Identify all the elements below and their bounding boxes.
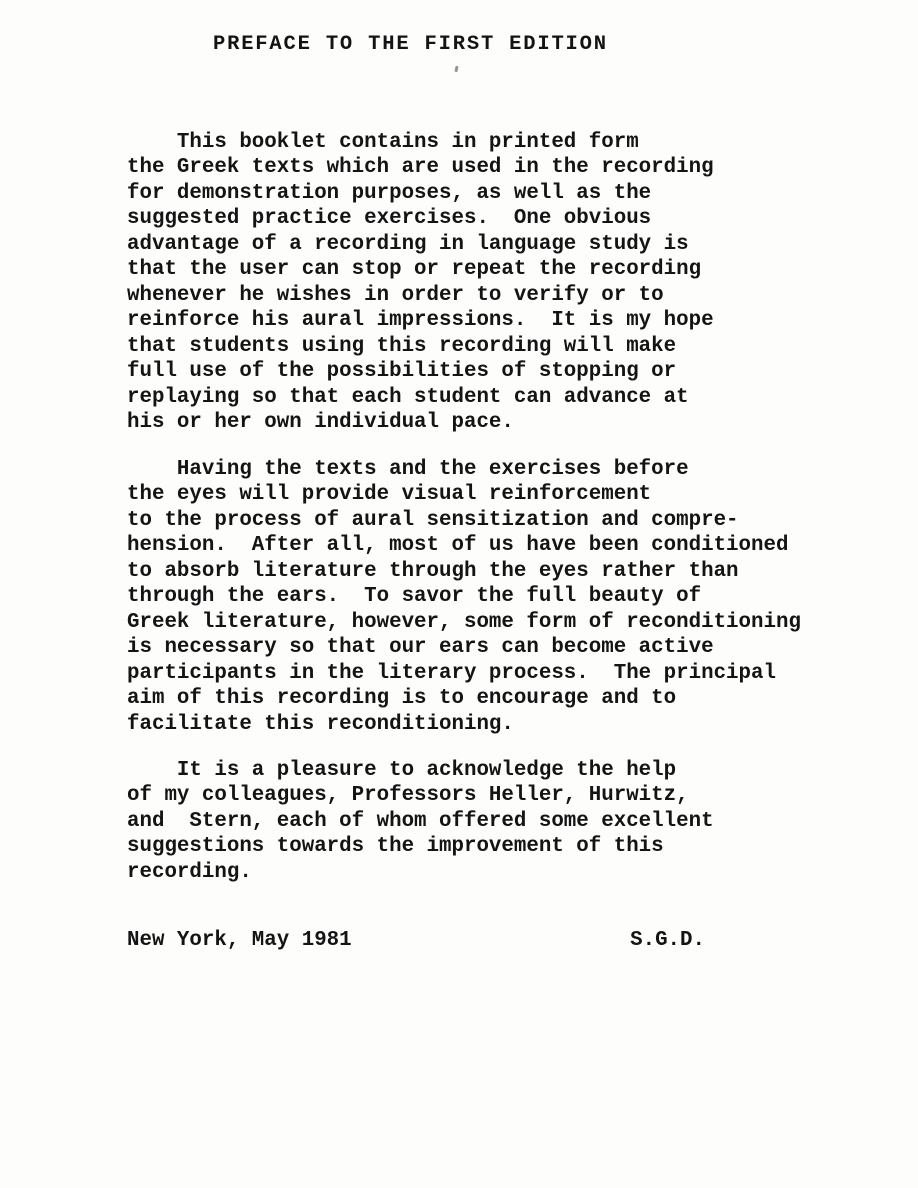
text-line: to the process of aural sensitization an… [127, 508, 801, 533]
text-line: recording. [127, 860, 714, 885]
scan-artifact [454, 66, 458, 72]
text-line: that students using this recording will … [127, 334, 714, 359]
scanned-document-page: PREFACE TO THE FIRST EDITION This bookle… [0, 0, 918, 1188]
page-title: PREFACE TO THE FIRST EDITION [213, 33, 608, 56]
text-line: advantage of a recording in language stu… [127, 232, 714, 257]
text-line: reinforce his aural impressions. It is m… [127, 308, 714, 333]
text-line: is necessary so that our ears can become… [127, 635, 801, 660]
paragraph-2: Having the texts and the exercises befor… [127, 457, 801, 737]
text-line: facilitate this reconditioning. [127, 712, 801, 737]
text-line: This booklet contains in printed form [127, 130, 714, 155]
dateline: New York, May 1981 [127, 928, 352, 953]
text-line: for demonstration purposes, as well as t… [127, 181, 714, 206]
text-line: the eyes will provide visual reinforceme… [127, 482, 801, 507]
text-line: participants in the literary process. Th… [127, 661, 801, 686]
text-line: his or her own individual pace. [127, 410, 714, 435]
text-line: aim of this recording is to encourage an… [127, 686, 801, 711]
text-line: that the user can stop or repeat the rec… [127, 257, 714, 282]
text-line: full use of the possibilities of stoppin… [127, 359, 714, 384]
text-line: through the ears. To savor the full beau… [127, 584, 801, 609]
text-line: and Stern, each of whom offered some exc… [127, 809, 714, 834]
text-line: Having the texts and the exercises befor… [127, 457, 801, 482]
text-line: the Greek texts which are used in the re… [127, 155, 714, 180]
text-line: Greek literature, however, some form of … [127, 610, 801, 635]
text-line: of my colleagues, Professors Heller, Hur… [127, 783, 714, 808]
paragraph-1: This booklet contains in printed form th… [127, 130, 714, 435]
text-line: suggested practice exercises. One obviou… [127, 206, 714, 231]
text-line: suggestions towards the improvement of t… [127, 834, 714, 859]
author-initials: S.G.D. [630, 928, 705, 953]
text-line: It is a pleasure to acknowledge the help [127, 758, 714, 783]
text-line: hension. After all, most of us have been… [127, 533, 801, 558]
text-line: replaying so that each student can advan… [127, 385, 714, 410]
paragraph-3: It is a pleasure to acknowledge the help… [127, 758, 714, 885]
signature-block: New York, May 1981 S.G.D. [127, 928, 705, 953]
text-line: whenever he wishes in order to verify or… [127, 283, 714, 308]
text-line: to absorb literature through the eyes ra… [127, 559, 801, 584]
